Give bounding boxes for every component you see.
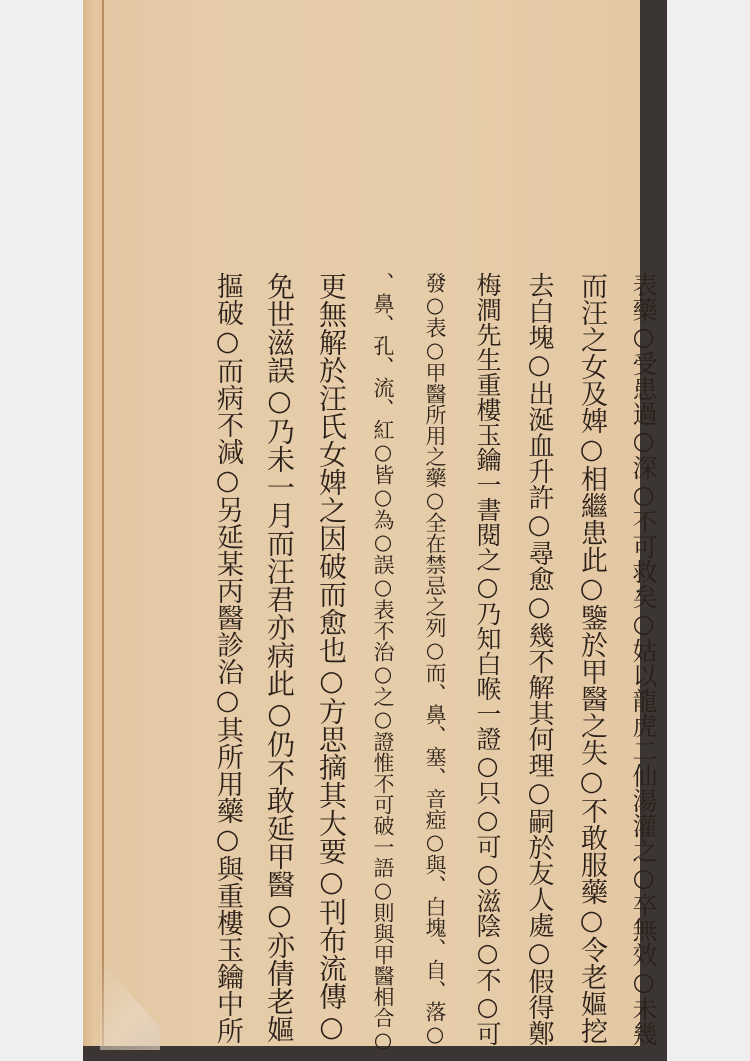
text-column-8: 免世滋誤○乃未一月而汪君亦病此○仍不敢延甲醫○亦倩老嫗 [258,272,300,1032]
text-column-5: 發○表○甲醫所用之藥○全在禁忌之列○而、鼻、塞、音瘂○與、白塊、自、落○ [414,272,456,1032]
text-column-7: 更無解於汪氏女婢之因破而愈也○方思摘其大要○刊布流傳○ [310,272,352,1032]
text-column-9: 摳破○而病不減○另延某丙醫診治○其所用藥○與重樓玉鑰中所 [206,272,248,1032]
text-column-3: 去白塊○出涎血升許○尋愈○幾不解其何理○嗣於友人處○假得鄭 [518,272,560,1032]
page-fold-edge [83,0,103,1061]
page-fold-line [102,0,104,1061]
text-column-6: 、鼻、孔、流、紅○皆○為○誤○表不治○之○證惟不可破一語○則與甲醫相合○ [362,272,404,1032]
text-column-1: 表藥○受患過○深○不可救矣○姑以龍虎二仙湯灌之○卒無效○未幾 [622,272,664,1032]
text-column-2: 而汪之女及婢○相繼患此○鑒於甲醫之失○不敢服藥○令老嫗挖 [570,272,612,1032]
text-column-4: 梅澗先生重樓玉鑰一書閱之○乃知白喉一證○只○可○滋陰○不○可 [466,272,508,1032]
vertical-text-block: 表藥○受患過○深○不可救矣○姑以龍虎二仙湯灌之○卒無效○未幾 而汪之女及婢○相繼… [206,272,664,1032]
